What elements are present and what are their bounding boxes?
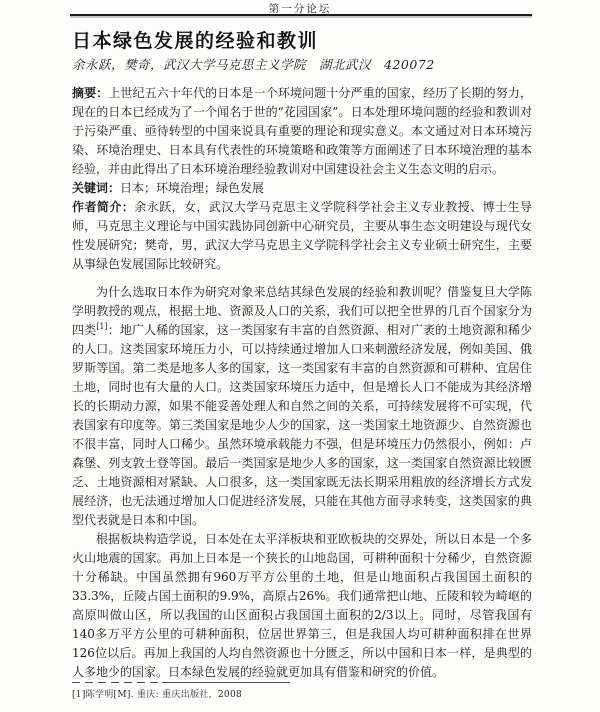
- bio-text: 余永跃，女，武汉大学马克思主义学院科学社会主义专业教授、博士生导师，马克思主义理…: [72, 200, 532, 271]
- bio-label: 作者简介：: [72, 200, 134, 214]
- article-body: 摘要：上世纪五六十年代的日本是一个环境问题十分严重的国家，经历了长期的努力，现在…: [72, 84, 532, 682]
- paragraph-1-text-continued: ：地广人稀的国家，这一类国家有丰富的自然资源、相对广袤的土地资源和稀少的人口。这…: [72, 323, 532, 527]
- footnote-citation: [1]陈学明[M]. 重庆: 重庆出版社，2008: [72, 687, 502, 700]
- paragraph-2-text: 根据板块构造学说，日本处在太平洋板块和亚欧板块的交界处，所以日本是一个多火山地震…: [72, 532, 532, 679]
- abstract-text: 上世纪五六十年代的日本是一个环境问题十分严重的国家，经历了长期的努力，现在的日本…: [72, 86, 532, 176]
- footnote-divider-dashes: [72, 682, 162, 683]
- footnote-divider: [72, 682, 290, 683]
- footnote-reference-marker: [1]: [96, 322, 107, 331]
- paper-page: 第一分论坛 日本绿色发展的经验和教训 余永跃，樊奇，武汉大学马克思主义学院 湖北…: [0, 0, 600, 712]
- author-bio-paragraph: 作者简介：余永跃，女，武汉大学马克思主义学院科学社会主义专业教授、博士生导师，马…: [72, 198, 532, 274]
- page-title: 日本绿色发展的经验和教训: [72, 26, 318, 53]
- body-paragraph-2: 根据板块构造学说，日本处在太平洋板块和亚欧板块的交界处，所以日本是一个多火山地震…: [72, 530, 532, 682]
- abstract-paragraph: 摘要：上世纪五六十年代的日本是一个环境问题十分严重的国家，经历了长期的努力，现在…: [72, 84, 532, 179]
- author-line: 余永跃，樊奇，武汉大学马克思主义学院 湖北武汉 420072: [72, 55, 435, 73]
- keywords-text: 日本；环境治理；绿色发展: [120, 181, 264, 195]
- keywords-line: 关键词：日本；环境治理；绿色发展: [72, 179, 532, 198]
- keywords-label: 关键词：: [72, 181, 120, 195]
- header-rule: [70, 14, 532, 16]
- abstract-label: 摘要：: [72, 86, 108, 100]
- body-paragraph-1: 为什么选取日本作为研究对象来总结其绿色发展的经验和教训呢？借鉴复旦大学陈学明教授…: [72, 283, 532, 530]
